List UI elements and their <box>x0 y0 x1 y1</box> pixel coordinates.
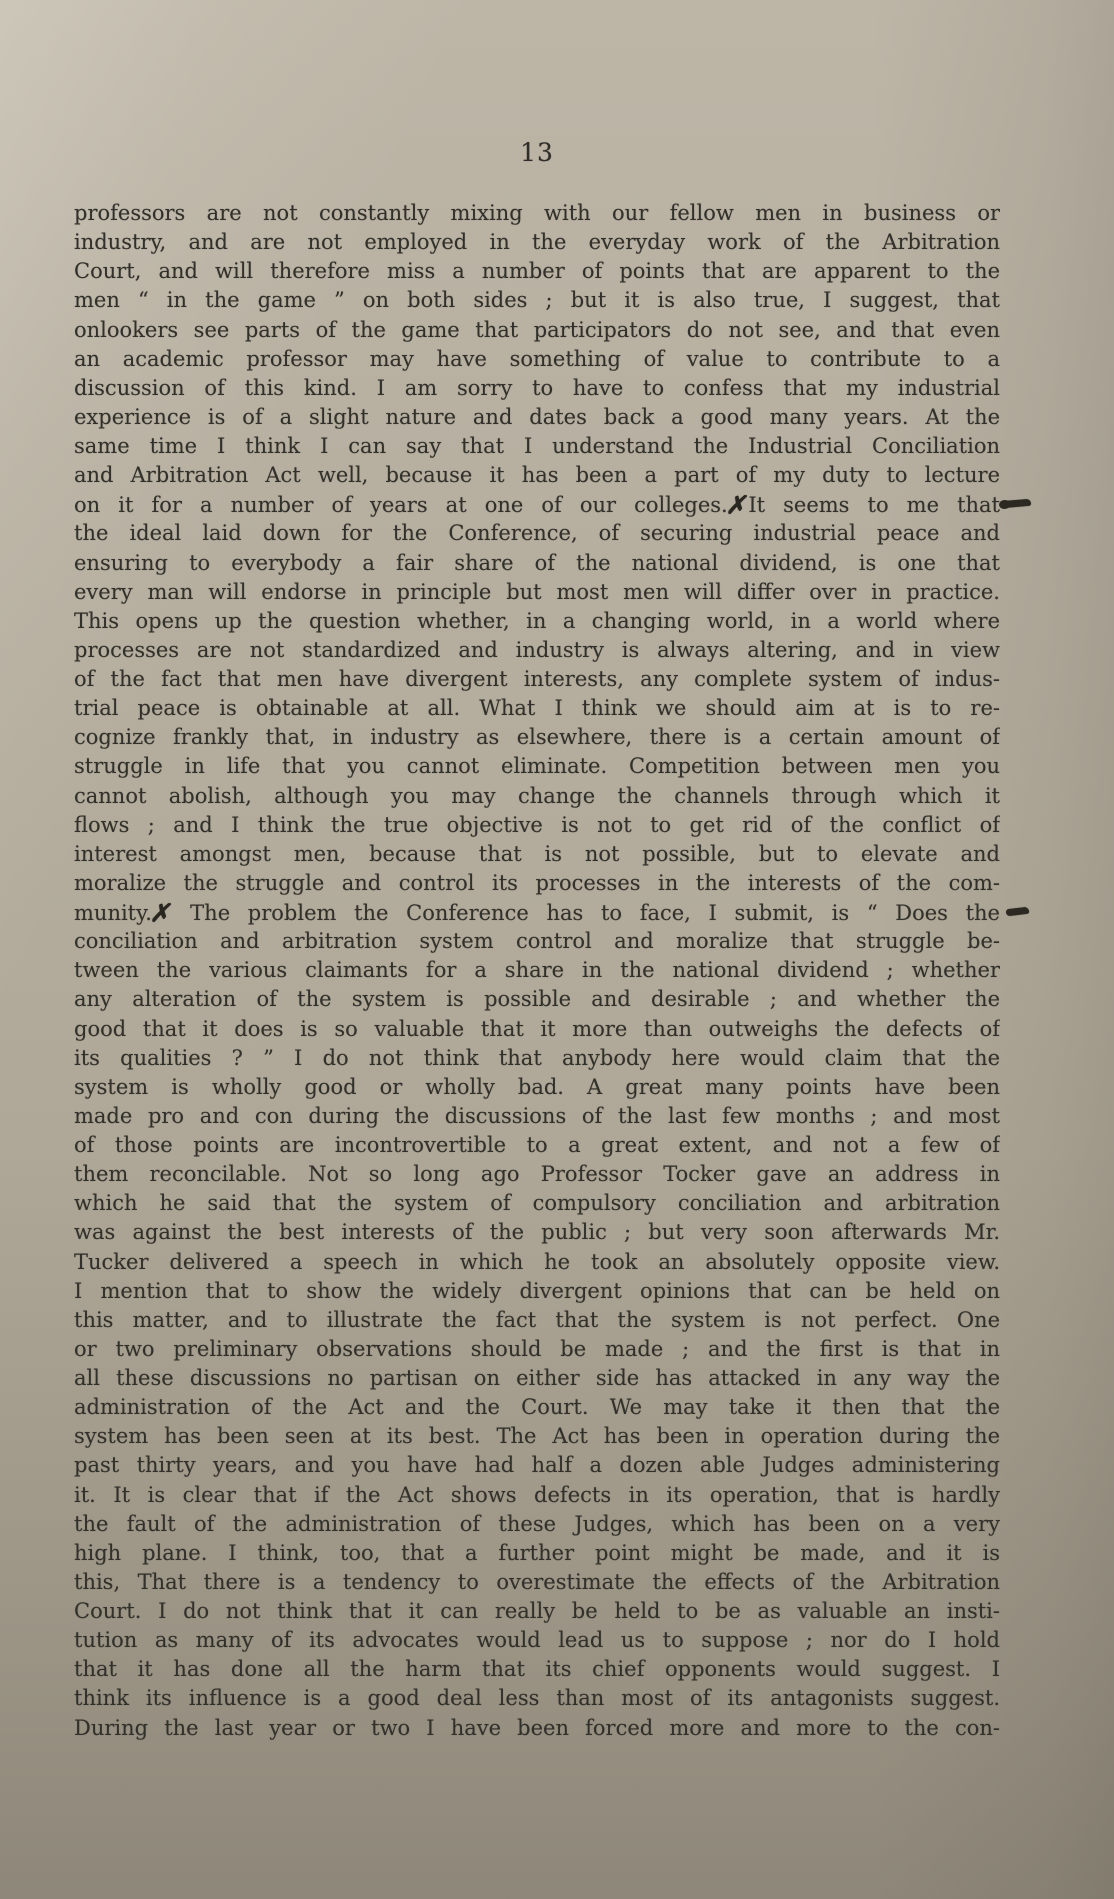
text-line: Court, and will therefore miss a number … <box>74 257 1000 286</box>
text-line: tution as many of its advocates would le… <box>74 1626 1000 1655</box>
text-line: cannot abolish, although you may change … <box>74 782 1000 811</box>
text-line: onlookers see parts of the game that par… <box>74 316 1000 345</box>
text-line: tween the various claimants for a share … <box>74 956 1000 985</box>
pencil-x-mark: ✗ <box>148 898 176 927</box>
text-line: same time I think I can say that I under… <box>74 432 1000 461</box>
text-line: During the last year or two I have been … <box>74 1714 1000 1743</box>
text-line: system is wholly good or wholly bad. A g… <box>74 1073 1000 1102</box>
text-line: think its influence is a good deal less … <box>74 1684 1000 1713</box>
document-page: 13 professors are not constantly mixing … <box>0 0 1114 1899</box>
text-line: Tucker delivered a speech in which he to… <box>74 1248 1000 1277</box>
text-line: its qualities ? ” I do not think that an… <box>74 1044 1000 1073</box>
text-line: that it has done all the harm that its c… <box>74 1655 1000 1684</box>
text-line: high plane. I think, too, that a further… <box>74 1539 1000 1568</box>
paragraph: professors are not constantly mixing wit… <box>74 199 1000 1743</box>
text-line: trial peace is obtainable at all. What I… <box>74 694 1000 723</box>
pencil-dash-right-2 <box>1006 907 1030 917</box>
text-line: This opens up the question whether, in a… <box>74 607 1000 636</box>
text-line: it. It is clear that if the Act shows de… <box>74 1481 1000 1510</box>
text-line: struggle in life that you cannot elimina… <box>74 752 1000 781</box>
text-line: Court. I do not think that it can really… <box>74 1597 1000 1626</box>
text-line: flows ; and I think the true objective i… <box>74 811 1000 840</box>
text-line: administration of the Act and the Court.… <box>74 1393 1000 1422</box>
pencil-x-mark: ✗ <box>723 490 751 519</box>
text-line: of the fact that men have divergent inte… <box>74 665 1000 694</box>
text-line: every man will endorse in principle but … <box>74 578 1000 607</box>
text-line: discussion of this kind. I am sorry to h… <box>74 374 1000 403</box>
text-line: on it for a number of years at one of ou… <box>74 490 1000 519</box>
text-line: I mention that to show the widely diverg… <box>74 1277 1000 1306</box>
text-line: good that it does is so valuable that it… <box>74 1015 1000 1044</box>
text-line: which he said that the system of compuls… <box>74 1189 1000 1218</box>
text-line: men “ in the game ” on both sides ; but … <box>74 286 1000 315</box>
text-line: this matter, and to illustrate the fact … <box>74 1306 1000 1335</box>
text-line: an academic professor may have something… <box>74 345 1000 374</box>
pencil-dash-right-1 <box>1001 499 1031 509</box>
text-line: cognize frankly that, in industry as els… <box>74 723 1000 752</box>
text-line: interest amongst men, because that is no… <box>74 840 1000 869</box>
page-number: 13 <box>74 138 1000 167</box>
text-line: of those points are incontrovertible to … <box>74 1131 1000 1160</box>
text-line: processes are not standardized and indus… <box>74 636 1000 665</box>
text-line: was against the best interests of the pu… <box>74 1218 1000 1247</box>
text-line: or two preliminary observations should b… <box>74 1335 1000 1364</box>
text-line: them reconcilable. Not so long ago Profe… <box>74 1160 1000 1189</box>
text-line: all these discussions no partisan on eit… <box>74 1364 1000 1393</box>
text-line: any alteration of the system is possible… <box>74 985 1000 1014</box>
text-line: ensuring to everybody a fair share of th… <box>74 549 1000 578</box>
text-line: industry, and are not employed in the ev… <box>74 228 1000 257</box>
text-line: professors are not constantly mixing wit… <box>74 199 1000 228</box>
text-line: this, That there is a tendency to overes… <box>74 1568 1000 1597</box>
text-line: the ideal laid down for the Conference, … <box>74 519 1000 548</box>
text-line: past thirty years, and you have had half… <box>74 1451 1000 1480</box>
text-line: moralize the struggle and control its pr… <box>74 869 1000 898</box>
text-line: system has been seen at its best. The Ac… <box>74 1422 1000 1451</box>
text-line: munity.✗ The problem the Conference has … <box>74 898 1000 927</box>
text-line: conciliation and arbitration system cont… <box>74 927 1000 956</box>
text-line: made pro and con during the discussions … <box>74 1102 1000 1131</box>
text-line: the fault of the administration of these… <box>74 1510 1000 1539</box>
text-line: experience is of a slight nature and dat… <box>74 403 1000 432</box>
text-line: and Arbitration Act well, because it has… <box>74 461 1000 490</box>
